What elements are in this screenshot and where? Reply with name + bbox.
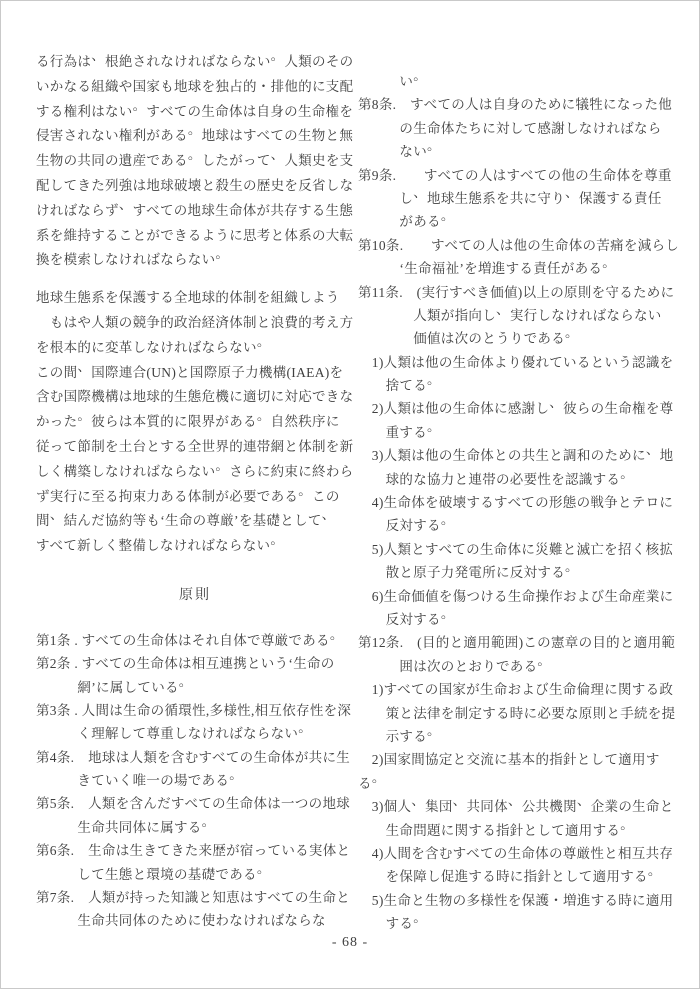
text-line: を保障し促進する時に指針として適用する。 (358, 865, 678, 888)
punctuation-mark: 。 (413, 912, 427, 929)
text-line: 3)人類は他の生命体との共生と調和のために、地 (358, 444, 678, 467)
text-line: いかなる組織や国家も地球を独占的・排他的に支配 (36, 75, 354, 100)
punctuation-mark: 。 (427, 140, 441, 157)
text-line: 第10条. すべての人は他の生命体の苦痛を減らし (358, 234, 678, 257)
text-line: 球的な協力と連帯の必要性を認識する。 (358, 468, 678, 491)
punctuation-mark: 、 (453, 795, 467, 812)
punctuation-mark: 、 (549, 397, 563, 414)
punctuation-mark: 。 (330, 629, 344, 646)
text-line: 示する。 (358, 725, 678, 748)
text-line: く理解して尊重しなければならない。 (36, 722, 354, 745)
page-number: - 68 - (1, 935, 699, 951)
text-line: 6)生命価値を傷つける生命操作および生命産業に (358, 585, 678, 608)
text-line: 侵害されない権利がある。地球はすべての生物と無 (36, 124, 354, 149)
text-line: 第1条 . すべての生命体はそれ自体で尊厳である。 (36, 629, 354, 652)
text-line: 生命共同体のために使わなければならな (36, 909, 354, 932)
punctuation-mark: 。 (537, 655, 551, 672)
punctuation-mark: 。 (441, 210, 455, 227)
text-line: 系を維持することができるように思考と体系の大転 (36, 224, 354, 249)
text-line: 3)個人、集団、共同体、公共機関、企業の生命と (358, 795, 678, 818)
punctuation-mark: 、 (271, 149, 285, 168)
articles-8-to-12: い。第8条. すべての人は自身のために犠牲になった他 の生命体たちに対して感謝し… (358, 70, 678, 935)
text-line: 生命問題に関する指針として適用する。 (358, 819, 678, 842)
punctuation-mark: 、 (646, 444, 660, 461)
punctuation-mark: 。 (565, 327, 579, 344)
paragraph-body: この間、国際連合(UN)と国際原子力機構(IAEA)を含む国際機構は地球的生態危… (36, 361, 354, 559)
text-line: きていく唯一の場である。 (36, 769, 354, 792)
section-heading: 地球生態系を保護する全地球的体制を組織しよう (36, 286, 354, 311)
punctuation-mark: 、 (496, 304, 510, 321)
text-line: 人類が指向し、実行しなければならない (358, 304, 678, 327)
punctuation-mark: 。 (215, 248, 229, 267)
punctuation-mark: 。 (298, 722, 312, 739)
principles-heading: 原則 (36, 584, 354, 609)
text-line: し、地球生態系を共に守り、保護する責任 (358, 187, 678, 210)
document-page: る行為は、根絶されなければならない。人類のそのいかなる組織や国家も地球を独占的・… (0, 0, 700, 989)
text-line: して生態と環境の基礎である。 (36, 863, 354, 886)
text-line: すべて新しく整備しなければならない。 (36, 534, 354, 559)
punctuation-mark: 。 (441, 608, 455, 625)
text-line: る行為は、根絶されなければならない。人類のその (36, 50, 354, 75)
text-line: 第11条. (実行すべき価値)以上の原則を守るために (358, 281, 678, 304)
punctuation-mark: 、 (91, 50, 105, 69)
punctuation-mark: 。 (620, 819, 634, 836)
punctuation-mark: 。 (188, 124, 202, 143)
text-line: 第5条. 人類を含んだすべての生命体は一つの地球 (36, 792, 354, 815)
text-line: もはや人類の競争的政治経済体制と浪費的考え方 (36, 311, 354, 336)
punctuation-mark: 、 (508, 795, 522, 812)
text-line: この間、国際連合(UN)と国際原子力機構(IAEA)を (36, 361, 354, 386)
punctuation-mark: 、 (50, 509, 64, 528)
paragraph-continuation: る行為は、根絶されなければならない。人類のそのいかなる組織や国家も地球を独占的・… (36, 50, 354, 273)
text-line: する権利はない。すべての生命体は自身の生命権を (36, 100, 354, 125)
punctuation-mark: 。 (257, 410, 271, 429)
text-line: い。 (358, 70, 678, 93)
punctuation-mark: 。 (372, 772, 386, 789)
text-line: 換を模索しなければならない。 (36, 248, 354, 273)
text-line: 生命共同体に属する。 (36, 816, 354, 839)
paragraph-intro: もはや人類の競争的政治経済体制と浪費的考え方を根本的に変革しなければならない。 (36, 311, 354, 361)
text-line: の生命体たちに対して感謝しなければなら (358, 117, 678, 140)
text-line: 第3条 . 人間は生命の循環性,多様性,相互依存性を深 (36, 699, 354, 722)
punctuation-mark: 。 (602, 257, 616, 274)
text-line: 4)生命体を破壊するすべての形態の戦争とテロに (358, 491, 678, 514)
text-line: 捨てる。 (358, 374, 678, 397)
text-line: 第2条 . すべての生命体は相互連携という‘生命の (36, 652, 354, 675)
punctuation-mark: 。 (202, 816, 216, 833)
punctuation-mark: 、 (411, 795, 425, 812)
punctuation-mark: 。 (133, 100, 147, 119)
left-column: る行為は、根絶されなければならない。人類のそのいかなる組織や国家も地球を独占的・… (36, 50, 354, 933)
text-line: かった。彼らは本質的に限界がある。自然秩序に (36, 410, 354, 435)
text-line: 第12条. (目的と適用範囲)この憲章の目的と適用範 (358, 631, 678, 654)
text-line: 重する。 (358, 421, 678, 444)
text-line: 反対する。 (358, 608, 678, 631)
punctuation-mark: 、 (77, 361, 91, 380)
punctuation-mark: 、 (577, 795, 591, 812)
punctuation-mark: 。 (271, 50, 285, 69)
punctuation-mark: 。 (298, 485, 312, 504)
punctuation-mark: 。 (441, 514, 455, 531)
text-line: 従って節制を土台とする全世界的連帯網と体制を新 (36, 435, 354, 460)
right-column: い。第8条. すべての人は自身のために犠牲になった他 の生命体たちに対して感謝し… (358, 50, 678, 935)
text-line: を根本的に変革しなければならない。 (36, 336, 354, 361)
punctuation-mark: 。 (565, 561, 579, 578)
punctuation-mark: 。 (427, 374, 441, 391)
text-line: 2)人類は他の生命体に感謝し、彼らの生命権を尊 (358, 397, 678, 420)
punctuation-mark: 。 (77, 410, 91, 429)
text-line: 第4条. 地球は人類を含むすべての生命体が共に生 (36, 746, 354, 769)
punctuation-mark: 。 (257, 863, 271, 880)
text-line: 第8条. すべての人は自身のために犠牲になった他 (358, 93, 678, 116)
text-line: る。 (358, 772, 678, 795)
text-line: 間、結んだ協約等も‘生命の尊厳’を基礎として、 (36, 509, 354, 534)
punctuation-mark: 。 (179, 676, 193, 693)
punctuation-mark: 、 (322, 509, 336, 528)
punctuation-mark: 。 (270, 534, 284, 553)
punctuation-mark: 。 (427, 421, 441, 438)
text-line: 5)人類とすべての生命体に災難と滅亡を招く核拡 (358, 538, 678, 561)
text-line: がある。 (358, 210, 678, 233)
text-line: 網’に属している。 (36, 676, 354, 699)
punctuation-mark: 。 (427, 725, 441, 742)
text-line: 第6条. 生命は生きてきた来歴が宿っている実体と (36, 839, 354, 862)
text-line: 第9条. すべての人はすべての他の生命体を尊重 (358, 164, 678, 187)
text-line: 散と原子力発電所に反対する。 (358, 561, 678, 584)
text-line: ない。 (358, 140, 678, 163)
punctuation-mark: 。 (229, 769, 243, 786)
text-line: 5)生命と生物の多様性を保護・増進する時に適用 (358, 889, 678, 912)
punctuation-mark: 。 (620, 468, 634, 485)
text-line: 1)すべての国家が生命および生命倫理に関する政 (358, 678, 678, 701)
text-line: 反対する。 (358, 514, 678, 537)
text-line: 囲は次のとおりである。 (358, 655, 678, 678)
punctuation-mark: 、 (119, 199, 133, 218)
text-line: ければならず、すべての地球生命体が共存する生態 (36, 199, 354, 224)
text-line: 含む国際機構は地球的生態危機に適切に対応できな (36, 385, 354, 410)
text-line: しく構築しなければならない。さらに約束に終わら (36, 460, 354, 485)
text-line: 生物の共同の遺産である。したがって、人類史を支 (36, 149, 354, 174)
punctuation-mark: 。 (413, 70, 427, 87)
punctuation-mark: 、 (413, 187, 427, 204)
punctuation-mark: 。 (257, 336, 271, 355)
text-line: 配してきた列強は地球破壊と殺生の歴史を反省しな (36, 174, 354, 199)
punctuation-mark: 。 (188, 149, 202, 168)
text-line: 1)人類は他の生命体より優れているという認識を (358, 351, 678, 374)
punctuation-mark: 。 (215, 460, 229, 479)
text-line: 第7条. 人類が持った知識と知恵はすべての生命と (36, 886, 354, 909)
text-line: 価値は次のとうりである。 (358, 327, 678, 350)
articles-1-to-7: 第1条 . すべての生命体はそれ自体で尊厳である。第2条 . すべての生命体は相… (36, 629, 354, 933)
text-line: ず実行に至る拘束力ある体制が必要である。この (36, 485, 354, 510)
text-line: する。 (358, 912, 678, 935)
punctuation-mark: 。 (648, 865, 662, 882)
text-line: ‘生命福祉’を増進する責任がある。 (358, 257, 678, 280)
punctuation-mark: 、 (565, 187, 579, 204)
text-line: 2)国家間協定と交流に基本的指針として適用す (358, 748, 678, 771)
text-line: 4)人間を含むすべての生命体の尊厳性と相互共存 (358, 842, 678, 865)
text-line: 策と法律を制定する時に必要な原則と手続を提 (358, 702, 678, 725)
